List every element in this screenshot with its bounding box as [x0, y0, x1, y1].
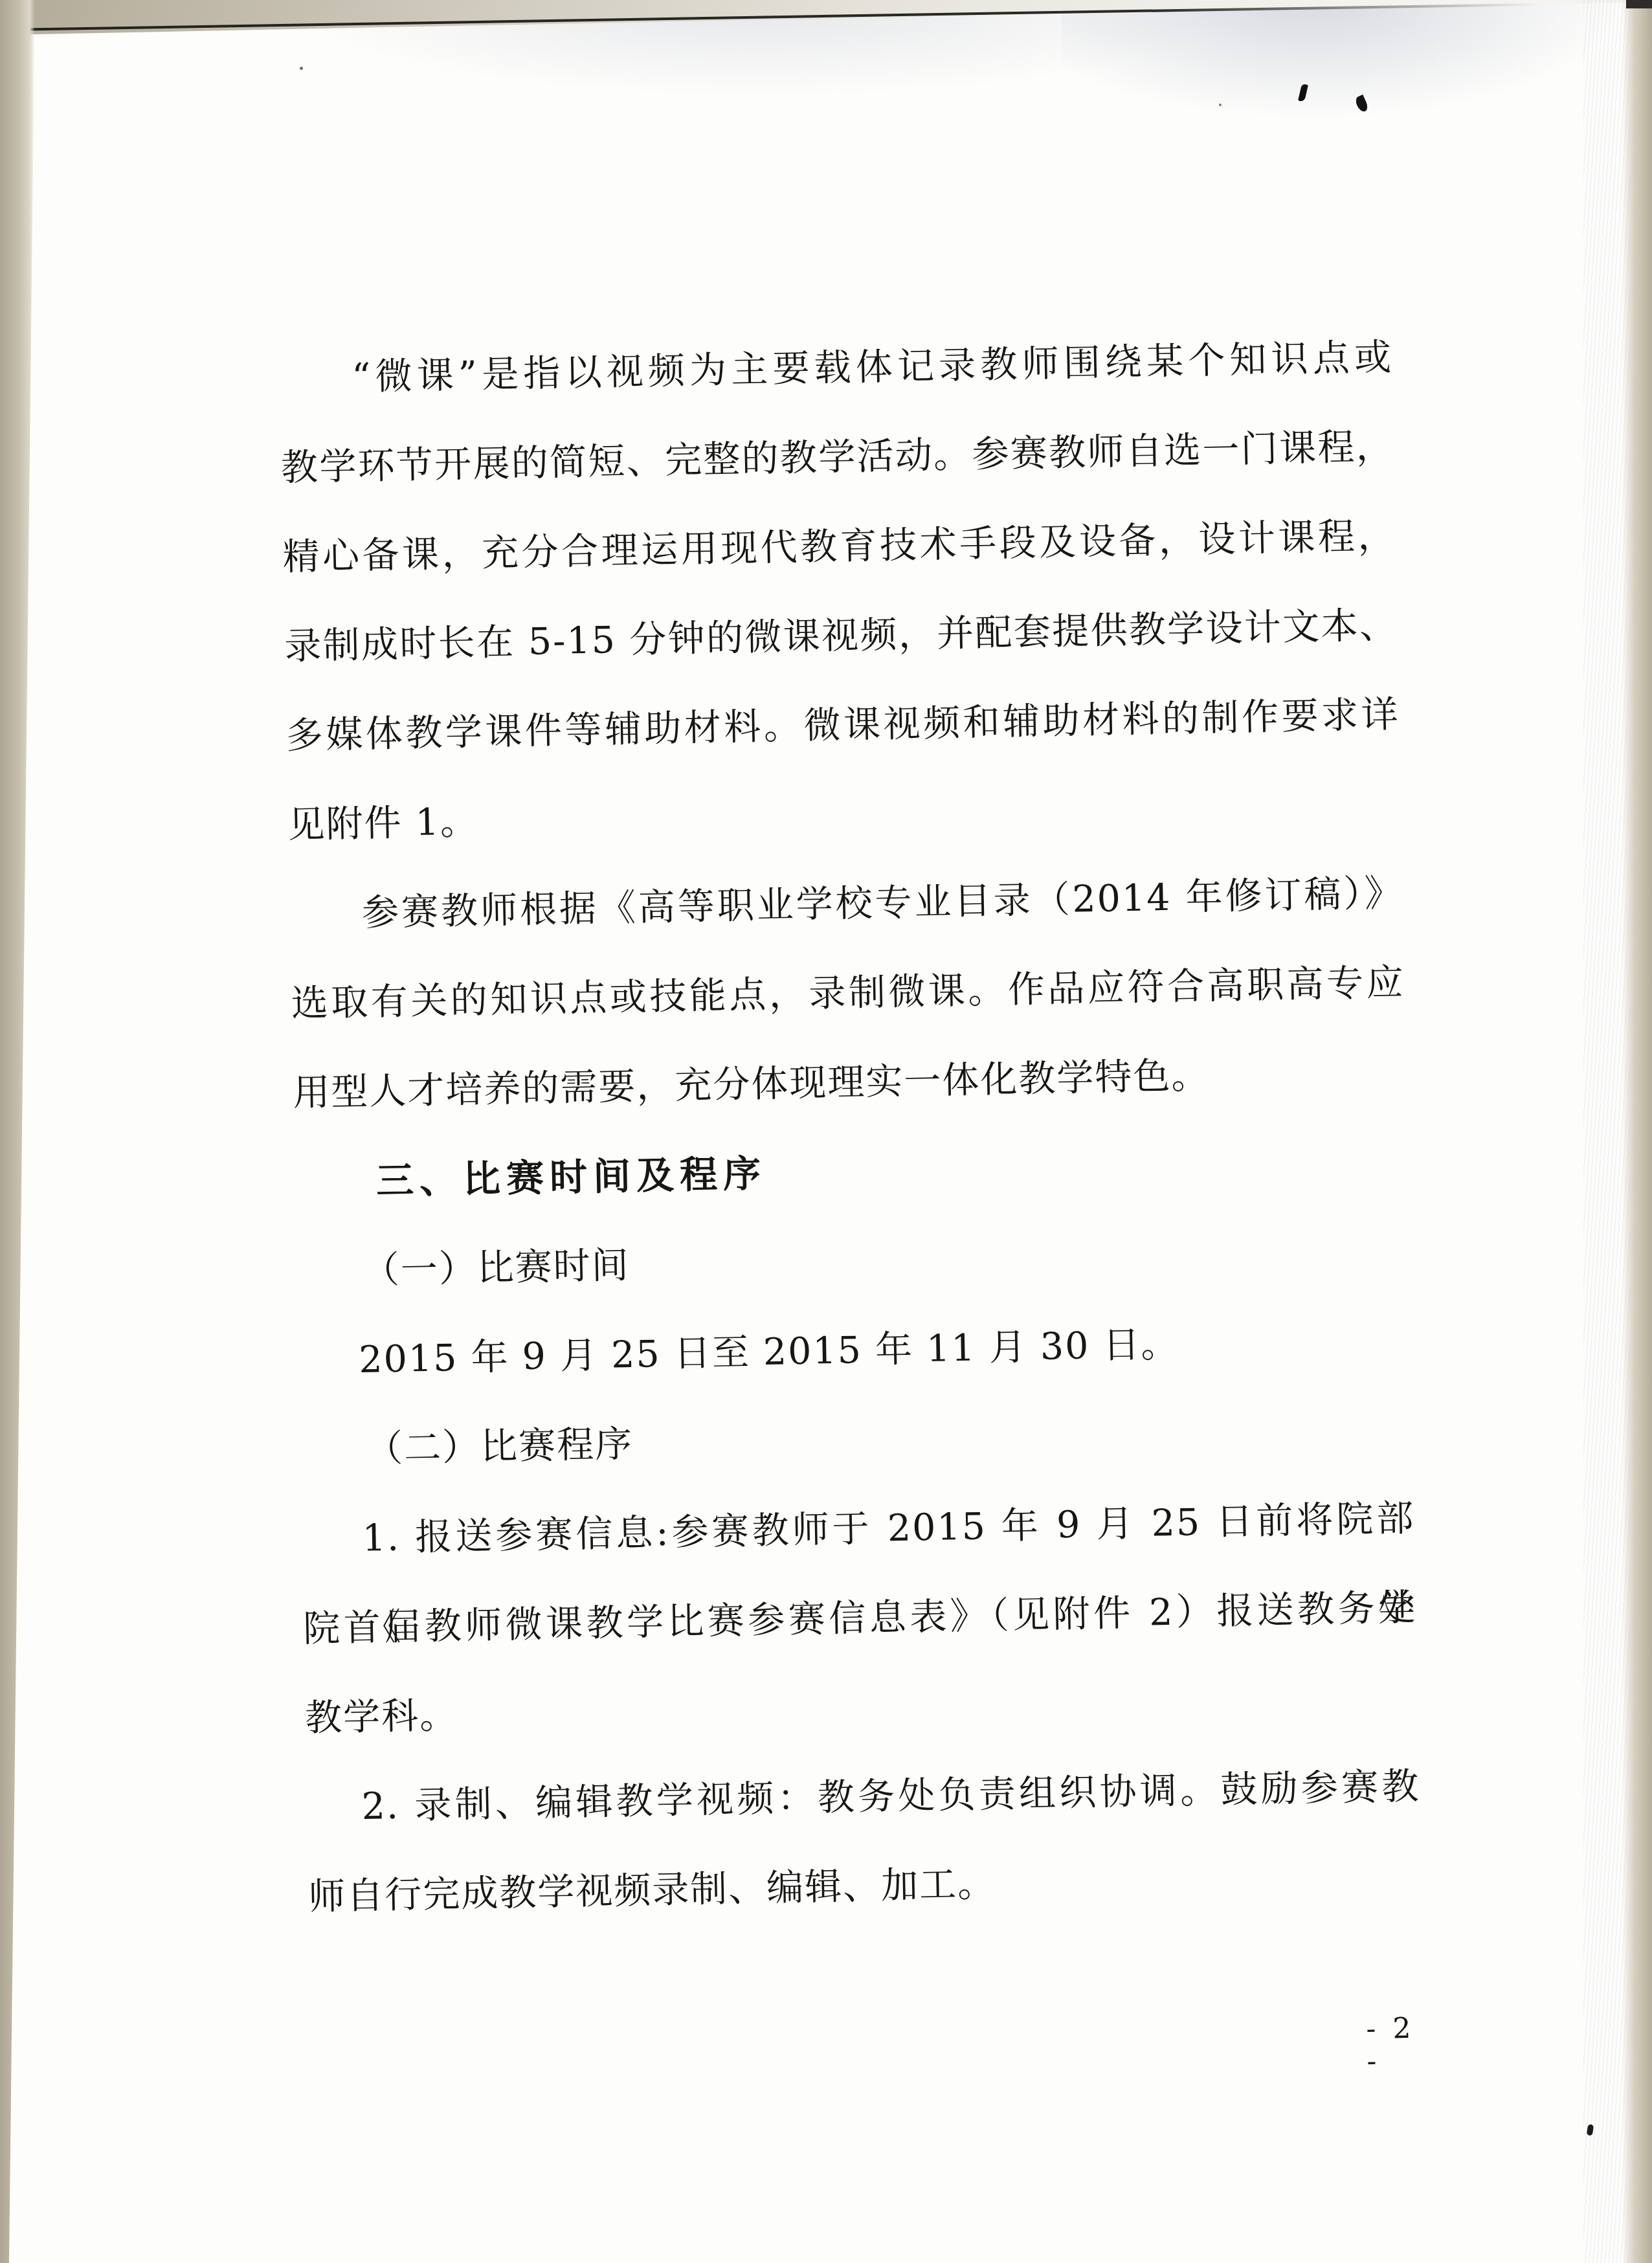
scanner-edge-left [0, 0, 35, 2263]
scan-shadow-cloud [1062, 0, 1618, 117]
document-body: “微课”是指以视频为主要载体记录教师围绕某个知识点或 教学环节开展的简短、完整的… [278, 313, 1422, 1942]
page-number: - 2 - [1366, 2012, 1425, 2078]
scanner-edge-right [1622, 0, 1652, 2263]
ink-speck [300, 67, 303, 70]
ink-speck [1219, 104, 1222, 106]
scanned-page: “微课”是指以视频为主要载体记录教师围绕某个知识点或 教学环节开展的简短、完整的… [0, 0, 1652, 2263]
scanner-corner-mark [1626, 0, 1652, 8]
